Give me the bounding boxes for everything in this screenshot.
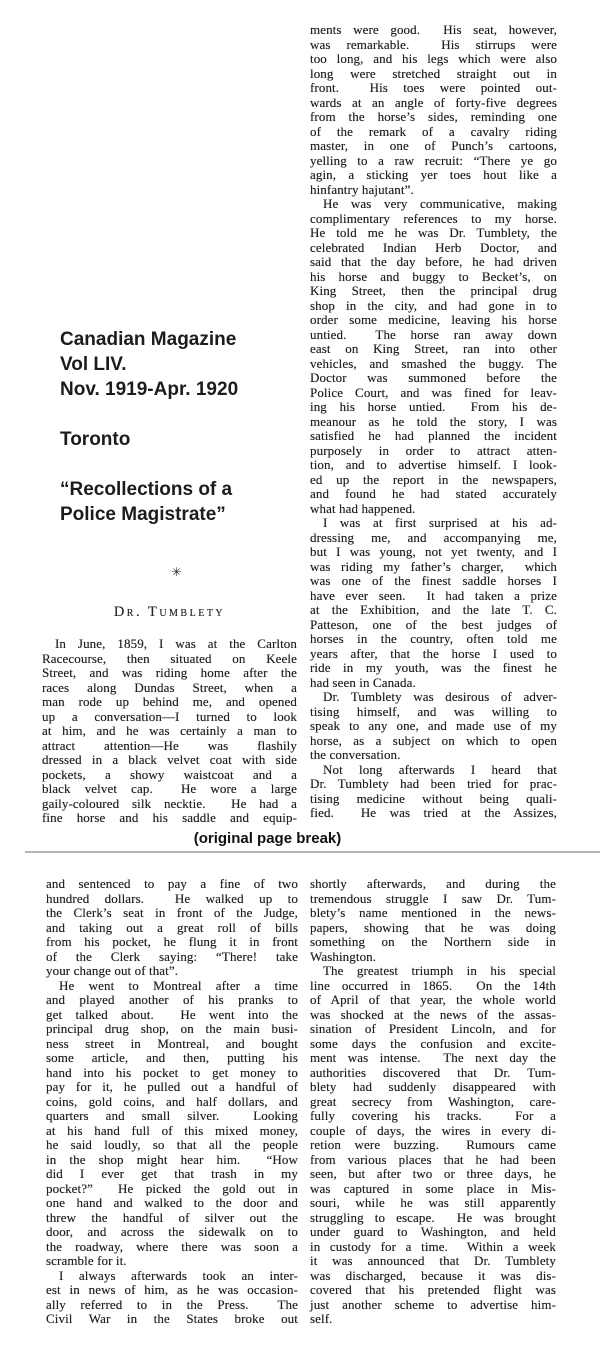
- text-line: Racecourse, then situated on Keele: [42, 652, 297, 667]
- text-line: and taking out a great roll of bills: [46, 921, 298, 936]
- paragraph: He was very communicative, makingcomplim…: [310, 197, 557, 516]
- text-line: hinfantry hajutant”.: [310, 183, 557, 198]
- text-line: Dr. Tumblety was desirous of adver-: [310, 690, 557, 705]
- text-line: tising himself, and was willing to: [310, 705, 557, 720]
- text-line: Doctor was summoned before the: [310, 371, 557, 386]
- text-line: hundred dollars. He walked up to: [46, 892, 298, 907]
- text-line: untied. The horse ran away down: [310, 328, 557, 343]
- text-line: The greatest triumph in his special: [310, 964, 556, 979]
- text-line: dressing me, and accompanying me,: [310, 531, 557, 546]
- text-line: something on the Northern side in: [310, 935, 556, 950]
- text-line: souri, while he was still apparently: [310, 1196, 556, 1211]
- paragraph: shortly afterwards, and during thetremen…: [310, 877, 556, 964]
- text-line: under guard to Washington, and held: [310, 1225, 556, 1240]
- text-line: tising medicine without being quali-: [310, 792, 557, 807]
- text-line: from the horse’s sides, reminding one: [310, 110, 557, 125]
- text-line: He told me he was Dr. Tumblety, the: [310, 226, 557, 241]
- text-line: said that the day before, he had driven: [310, 255, 557, 270]
- text-line: shortly afterwards, and during the: [310, 877, 556, 892]
- text-line: in the shop might hear him. “How: [46, 1153, 298, 1168]
- text-line: He was very communicative, making: [310, 197, 557, 212]
- text-line: ally referred to in the Press. The: [46, 1298, 298, 1313]
- text-line: In June, 1859, I was at the Carlton: [42, 637, 297, 652]
- text-line: Street, and was riding home after the: [42, 666, 297, 681]
- text-line: scramble for it.: [46, 1254, 298, 1269]
- text-line: attract attention—He was flashily: [42, 739, 297, 754]
- text-line: the roadway, where there was soon a: [46, 1240, 298, 1255]
- text-line: struggling to escape. He was brought: [310, 1211, 556, 1226]
- text-line: couple of days, the wires in every di-: [310, 1124, 556, 1139]
- text-line: was captured in some place in Mis-: [310, 1182, 556, 1197]
- text-line: ed up the report in the newspapers,: [310, 473, 557, 488]
- text-line: pocket?” He picked the gold out in: [46, 1182, 298, 1197]
- text-line: was shocked at the news of the assas-: [310, 1008, 556, 1023]
- text-line: quarters and small silver. Looking: [46, 1109, 298, 1124]
- paragraph: The greatest triumph in his specialline …: [310, 964, 556, 1327]
- text-line: some article, and then, putting his: [46, 1051, 298, 1066]
- text-line: had seen in Canada.: [310, 676, 557, 691]
- text-line: line occurred in 1865. On the 14th: [310, 979, 556, 994]
- text-line: seen, but after two or three days, he: [310, 1167, 556, 1182]
- page1-left-column-text: In June, 1859, I was at the CarltonRacec…: [42, 637, 297, 826]
- text-line: vehicles, and smashed the buggy. The: [310, 357, 557, 372]
- text-line: yelling to a raw recruit: “There ye go: [310, 154, 557, 169]
- text-line: tremendous struggle I saw Dr. Tum-: [310, 892, 556, 907]
- text-line: at his hand full of this mixed money,: [46, 1124, 298, 1139]
- text-line: at him, and he was certainly a man to: [42, 724, 297, 739]
- text-line: east on King Street, ran into other: [310, 342, 557, 357]
- paragraph: In June, 1859, I was at the CarltonRacec…: [42, 637, 297, 826]
- text-line: celebrated Indian Herb Doctor, and: [310, 241, 557, 256]
- page1-right-column-text: ments were good. His seat, however,was r…: [310, 23, 557, 821]
- text-line: your change out of that”.: [46, 964, 298, 979]
- text-line: ing his horse untied. From his de-: [310, 400, 557, 415]
- text-line: from his pocket, he flung it in front: [46, 935, 298, 950]
- text-line: was remarkable. His stirrups were: [310, 38, 557, 53]
- text-line: races along Dundas Street, when a: [42, 681, 297, 696]
- text-line: speak to any one, and made use of my: [310, 719, 557, 734]
- text-line: I always afterwards took an inter-: [46, 1269, 298, 1284]
- text-line: he said loudly, so that all the people: [46, 1138, 298, 1153]
- source-annotation: Canadian Magazine Vol LIV. Nov. 1919-Apr…: [60, 327, 290, 527]
- text-line: but I was young, not yet twenty, and I: [310, 545, 557, 560]
- text-line: horses in the country, often told me: [310, 632, 557, 647]
- paragraph: Dr. Tumblety was desirous of adver-tisin…: [310, 690, 557, 763]
- page-break-divider: [25, 851, 600, 853]
- text-line: King Street, then the principal drug: [310, 284, 557, 299]
- text-line: master, in one of Punch’s cartoons,: [310, 139, 557, 154]
- text-line: tion, and to advertise himself. I look-: [310, 458, 557, 473]
- text-line: authorities discovered that Dr. Tum-: [310, 1066, 556, 1081]
- text-line: ness street in Montreal, and bought: [46, 1037, 298, 1052]
- text-line: the Clerk’s seat in front of the Judge,: [46, 906, 298, 921]
- text-line: some days the confusion and excite-: [310, 1037, 556, 1052]
- text-line: and sentenced to pay a fine of two: [46, 877, 298, 892]
- text-line: purposely in order to attract atten-: [310, 444, 557, 459]
- text-line: just another scheme to advertise him-: [310, 1298, 556, 1313]
- text-line: complimentary references to my horse.: [310, 212, 557, 227]
- text-line: horse, as a subject on which to open: [310, 734, 557, 749]
- page2-left-column-text: and sentenced to pay a fine of twohundre…: [46, 877, 298, 1327]
- text-line: what had happened.: [310, 502, 557, 517]
- text-line: was one of the finest saddle horses I: [310, 574, 557, 589]
- text-line: satisfied he had planned the incident: [310, 429, 557, 444]
- text-line: was riding my father’s charger, which: [310, 560, 557, 575]
- text-line: of April of that year, the whole world: [310, 993, 556, 1008]
- text-line: sination of President Lincoln, and for: [310, 1022, 556, 1037]
- paragraph: ments were good. His seat, however,was r…: [310, 23, 557, 197]
- text-line: est in news of him, as he was occasion-: [46, 1283, 298, 1298]
- text-line: in custody for a time. Within a week: [310, 1240, 556, 1255]
- text-line: was discharged, because it was dis-: [310, 1269, 556, 1284]
- text-line: dressed in a black velvet coat with side: [42, 753, 297, 768]
- text-line: did I ever get that trash in my: [46, 1167, 298, 1182]
- text-line: and found he had stated accurately: [310, 487, 557, 502]
- text-line: wards at an angle of forty-five degrees: [310, 96, 557, 111]
- text-line: of the remark of a cavalry riding: [310, 125, 557, 140]
- text-line: up a conversation—I turned to look: [42, 710, 297, 725]
- text-line: He went to Montreal after a time: [46, 979, 298, 994]
- text-line: fine horse and his saddle and equip-: [42, 811, 297, 826]
- text-line: front. His toes were pointed out-: [310, 81, 557, 96]
- text-line: Civil War in the States broke out: [46, 1312, 298, 1327]
- text-line: from various places that he had been: [310, 1153, 556, 1168]
- text-line: get talked about. He went into the: [46, 1008, 298, 1023]
- text-line: years after, that the horse I used to: [310, 647, 557, 662]
- text-line: meanour as he told the story, I was: [310, 415, 557, 430]
- text-line: Patteson, one of the best judges of: [310, 618, 557, 633]
- text-line: great secrecy from Washington, care-: [310, 1095, 556, 1110]
- text-line: shop in the city, and had gone in to: [310, 299, 557, 314]
- text-line: gaily-coloured silk necktie. He had a: [42, 797, 297, 812]
- chapter-heading: Dr. Tumblety: [42, 604, 297, 621]
- paragraph: Not long afterwards I heard thatDr. Tumb…: [310, 763, 557, 821]
- text-line: self.: [310, 1312, 556, 1327]
- text-line: hand into his pocket to get money to: [46, 1066, 298, 1081]
- text-line: too long, and his legs which were also: [310, 52, 557, 67]
- paragraph: He went to Montreal after a timeand play…: [46, 979, 298, 1269]
- text-line: of the Clerk saying: “There! take: [46, 950, 298, 965]
- text-line: ride in my youth, was the finest he: [310, 661, 557, 676]
- text-line: agin, a sticking yer toes hout like a: [310, 168, 557, 183]
- text-line: covered that his pretended flight was: [310, 1283, 556, 1298]
- paragraph: and sentenced to pay a fine of twohundre…: [46, 877, 298, 979]
- paragraph: I always afterwards took an inter-est in…: [46, 1269, 298, 1327]
- text-line: black velvet cap. He wore a large: [42, 782, 297, 797]
- text-line: fied. He was tried at the Assizes,: [310, 806, 557, 821]
- page-break-label: (original page break): [0, 830, 535, 847]
- text-line: ment was intense. The next day the: [310, 1051, 556, 1066]
- text-line: Not long afterwards I heard that: [310, 763, 557, 778]
- text-line: and played another of his pranks to: [46, 993, 298, 1008]
- text-line: Dr. Tumblety had been tried for prac-: [310, 777, 557, 792]
- text-line: principal drug shop, on the main busi-: [46, 1022, 298, 1037]
- page2-right-column-text: shortly afterwards, and during thetremen…: [310, 877, 556, 1327]
- text-line: long were stretched straight out in: [310, 67, 557, 82]
- text-line: I was at first surprised at his ad-: [310, 516, 557, 531]
- text-line: pockets, a showy waistcoat and a: [42, 768, 297, 783]
- text-line: his horse and buggy to Becket’s, on: [310, 270, 557, 285]
- text-line: man rode up behind me, and opened: [42, 695, 297, 710]
- section-break-ornament-icon: ✳: [42, 565, 297, 580]
- text-line: ments were good. His seat, however,: [310, 23, 557, 38]
- text-line: order some medicine, leaving his horse: [310, 313, 557, 328]
- text-line: fully covering his tracks. For a: [310, 1109, 556, 1124]
- text-line: pay for it, he pulled out a handful of: [46, 1080, 298, 1095]
- text-line: blety’s name mentioned in the news-: [310, 906, 556, 921]
- text-line: Police Court, and was fined for leav-: [310, 386, 557, 401]
- paragraph: I was at first surprised at his ad-dress…: [310, 516, 557, 690]
- text-line: it was announced that Dr. Tumblety: [310, 1254, 556, 1269]
- text-line: at the Exhibition, and the late T. C.: [310, 603, 557, 618]
- text-line: the conversation.: [310, 748, 557, 763]
- text-line: retion were buzzing. Rumours came: [310, 1138, 556, 1153]
- text-line: threw the handful of silver out the: [46, 1211, 298, 1226]
- text-line: have ever seen. It had taken a prize: [310, 589, 557, 604]
- text-line: door, and across the sidewalk on to: [46, 1225, 298, 1240]
- text-line: blety had suddenly disappeared with: [310, 1080, 556, 1095]
- text-line: papers, showing that he was doing: [310, 921, 556, 936]
- text-line: Washington.: [310, 950, 556, 965]
- text-line: coins, gold coins, and half dollars, and: [46, 1095, 298, 1110]
- text-line: one hand and walked to the door and: [46, 1196, 298, 1211]
